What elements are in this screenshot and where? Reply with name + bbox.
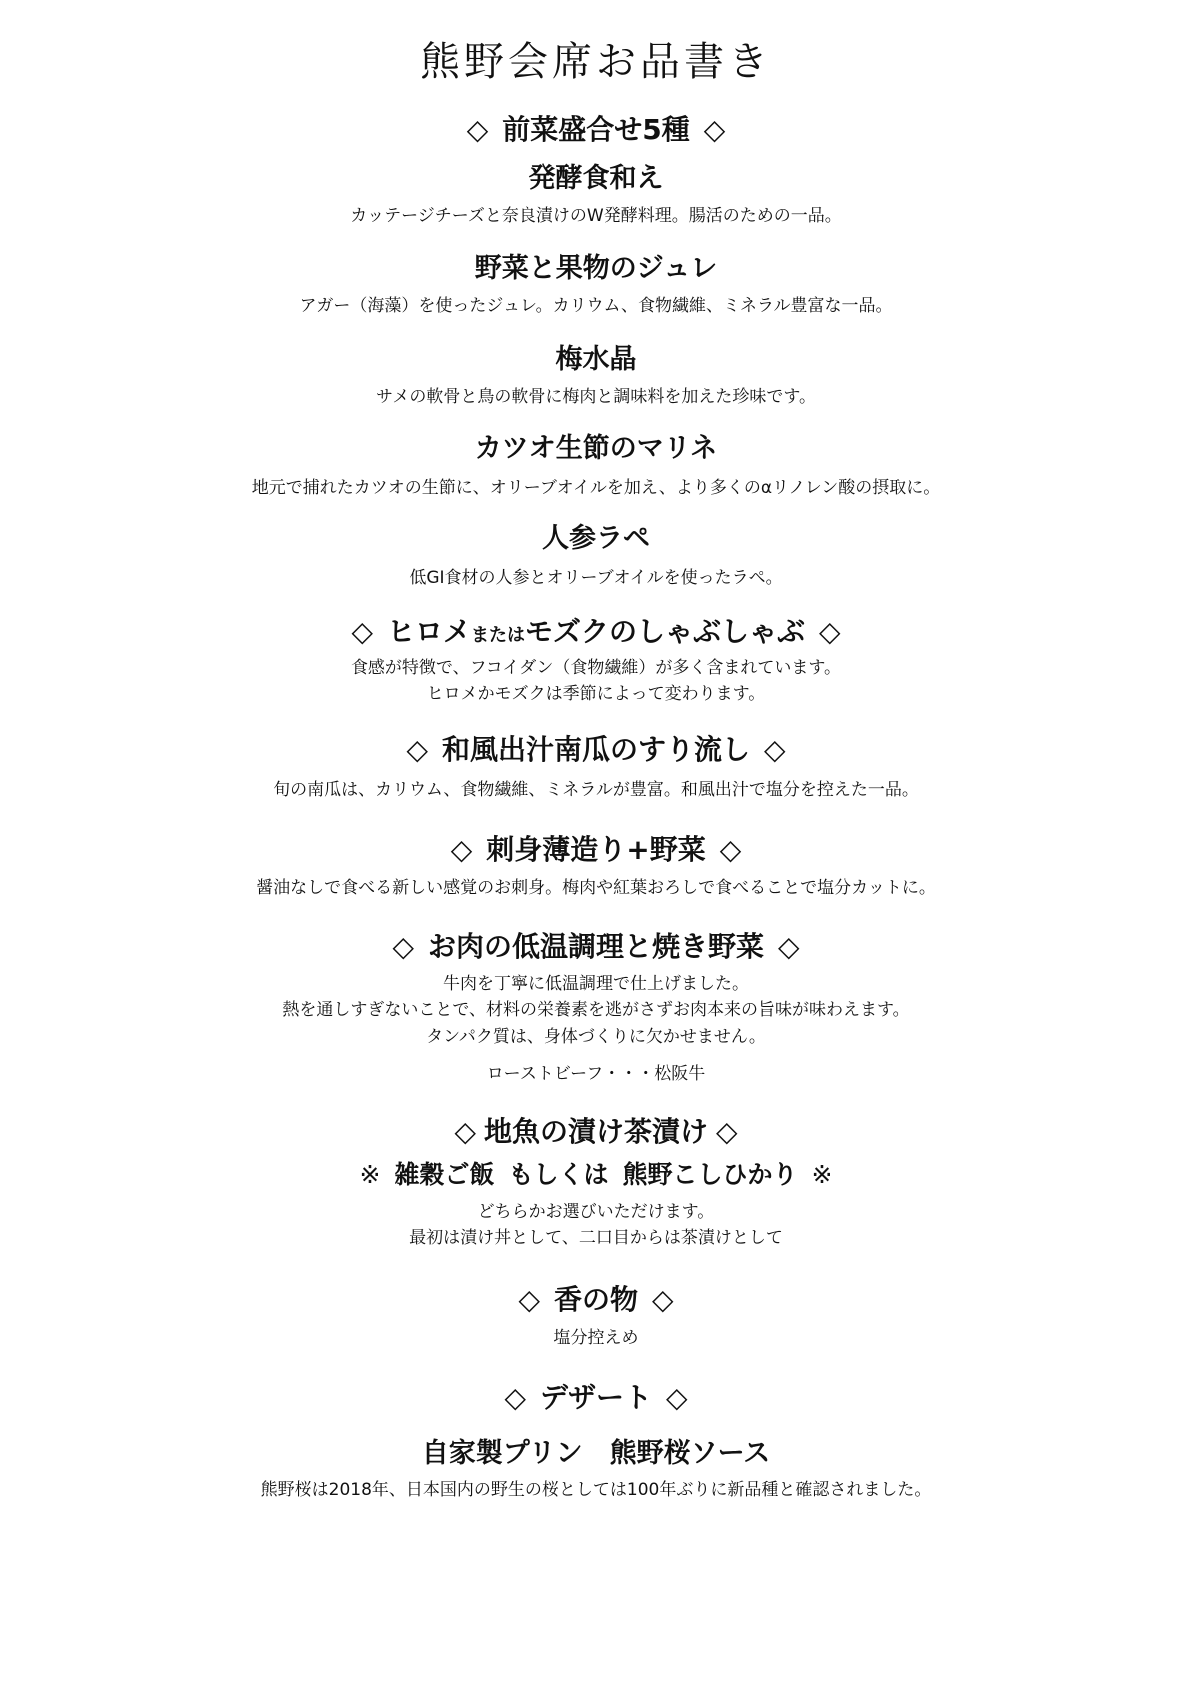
section-title: 地魚の漬け茶漬け xyxy=(484,1115,708,1148)
section-description: 食感が特徴で、フコイダン（食物繊維）が多く含まれています。 xyxy=(0,660,1192,677)
section-title-connector: または xyxy=(471,625,525,646)
section-description: タンパク質は、身体づくりに欠かせません。 xyxy=(0,1029,1192,1046)
dish-name: 自家製プリン 熊野桜ソース xyxy=(0,1440,1192,1467)
section-heading-dessert: ◇デザート◇ xyxy=(0,1384,1192,1412)
section-description: どちらかお選びいただけます。 xyxy=(0,1204,1192,1221)
dish-name: 梅水晶 xyxy=(0,346,1192,373)
section-title: 香の物 xyxy=(554,1283,638,1316)
rice-option-connector: もしくは xyxy=(508,1160,608,1189)
section-title: 和風出汁南瓜のすり流し xyxy=(442,733,750,766)
dish-description: カッテージチーズと奈良漬けのW発酵料理。腸活のための一品。 xyxy=(0,208,1192,225)
dish-description: サメの軟骨と鳥の軟骨に梅肉と調味料を加えた珍味です。 xyxy=(0,389,1192,406)
diamond-icon: ◇ xyxy=(716,1118,738,1146)
section-description: 旬の南瓜は、カリウム、食物繊維、ミネラルが豊富。和風出汁で塩分を控えた一品。 xyxy=(0,782,1192,799)
diamond-icon: ◇ xyxy=(454,1118,476,1146)
diamond-icon: ◇ xyxy=(392,933,414,961)
diamond-icon: ◇ xyxy=(819,618,841,646)
diamond-icon: ◇ xyxy=(704,116,726,144)
dish-description: 低GI食材の人参とオリーブオイルを使ったラペ。 xyxy=(0,570,1192,587)
dish-name: 野菜と果物のジュレ xyxy=(0,255,1192,282)
section-heading-soup: ◇和風出汁南瓜のすり流し◇ xyxy=(0,736,1192,764)
diamond-icon: ◇ xyxy=(504,1384,526,1412)
diamond-icon: ◇ xyxy=(778,933,800,961)
section-heading-shabu: ◇ヒロメまたはモズクのしゃぶしゃぶ◇ xyxy=(0,618,1192,646)
section-note: ローストビーフ・・・松阪牛 xyxy=(0,1066,1192,1083)
dish-name: カツオ生節のマリネ xyxy=(0,435,1192,462)
section-title-part: ヒロメ xyxy=(387,615,471,648)
dish-name: 人参ラペ xyxy=(0,525,1192,552)
diamond-icon: ◇ xyxy=(764,736,786,764)
section-description: 熱を通しすぎないことで、材料の栄養素を逃がさずお肉本来の旨味が味わえます。 xyxy=(0,1002,1192,1019)
section-heading-meat: ◇お肉の低温調理と焼き野菜◇ xyxy=(0,933,1192,961)
section-description: 醤油なしで食べる新しい感覚のお刺身。梅肉や紅葉おろしで食べることで塩分カットに。 xyxy=(0,880,1192,897)
reference-mark-icon: ※ xyxy=(360,1162,381,1187)
dish-description: 熊野桜は2018年、日本国内の野生の桜としては100年ぶりに新品種と確認されまし… xyxy=(0,1482,1192,1499)
menu-title: 熊野会席お品書き xyxy=(0,42,1192,82)
diamond-icon: ◇ xyxy=(406,736,428,764)
section-description: 最初は漬け丼として、二口目からは茶漬けとして xyxy=(0,1230,1192,1247)
diamond-icon: ◇ xyxy=(720,836,742,864)
reference-mark-icon: ※ xyxy=(812,1162,833,1187)
rice-option: 熊野こしひかり xyxy=(623,1160,798,1189)
section-title: お肉の低温調理と焼き野菜 xyxy=(428,930,764,963)
section-title-part: モズクのしゃぶしゃぶ xyxy=(525,615,805,648)
diamond-icon: ◇ xyxy=(467,116,489,144)
section-description: 牛肉を丁寧に低温調理で仕上げました。 xyxy=(0,976,1192,993)
diamond-icon: ◇ xyxy=(451,836,473,864)
diamond-icon: ◇ xyxy=(652,1286,674,1314)
section-heading-sashimi: ◇刺身薄造り+野菜◇ xyxy=(0,836,1192,864)
section-title: 前菜盛合せ5種 xyxy=(502,113,689,146)
diamond-icon: ◇ xyxy=(351,618,373,646)
rice-options: ※雑穀ご飯もしくは熊野こしひかり※ xyxy=(0,1162,1192,1187)
section-heading-chazuke: ◇地魚の漬け茶漬け◇ xyxy=(0,1118,1192,1146)
dish-description: アガー（海藻）を使ったジュレ。カリウム、食物繊維、ミネラル豊富な一品。 xyxy=(0,298,1192,315)
rice-option: 雑穀ご飯 xyxy=(394,1160,494,1189)
section-description: 塩分控えめ xyxy=(0,1330,1192,1347)
section-heading-pickles: ◇香の物◇ xyxy=(0,1286,1192,1314)
section-title: 刺身薄造り+野菜 xyxy=(486,833,705,866)
section-description: ヒロメかモズクは季節によって変わります。 xyxy=(0,686,1192,703)
diamond-icon: ◇ xyxy=(666,1384,688,1412)
diamond-icon: ◇ xyxy=(518,1286,540,1314)
section-heading-appetizer: ◇前菜盛合せ5種◇ xyxy=(0,116,1192,144)
section-title: デザート xyxy=(540,1381,652,1414)
dish-name: 発酵食和え xyxy=(0,165,1192,192)
dish-description: 地元で捕れたカツオの生節に、オリーブオイルを加え、より多くのαリノレン酸の摂取に… xyxy=(0,480,1192,497)
